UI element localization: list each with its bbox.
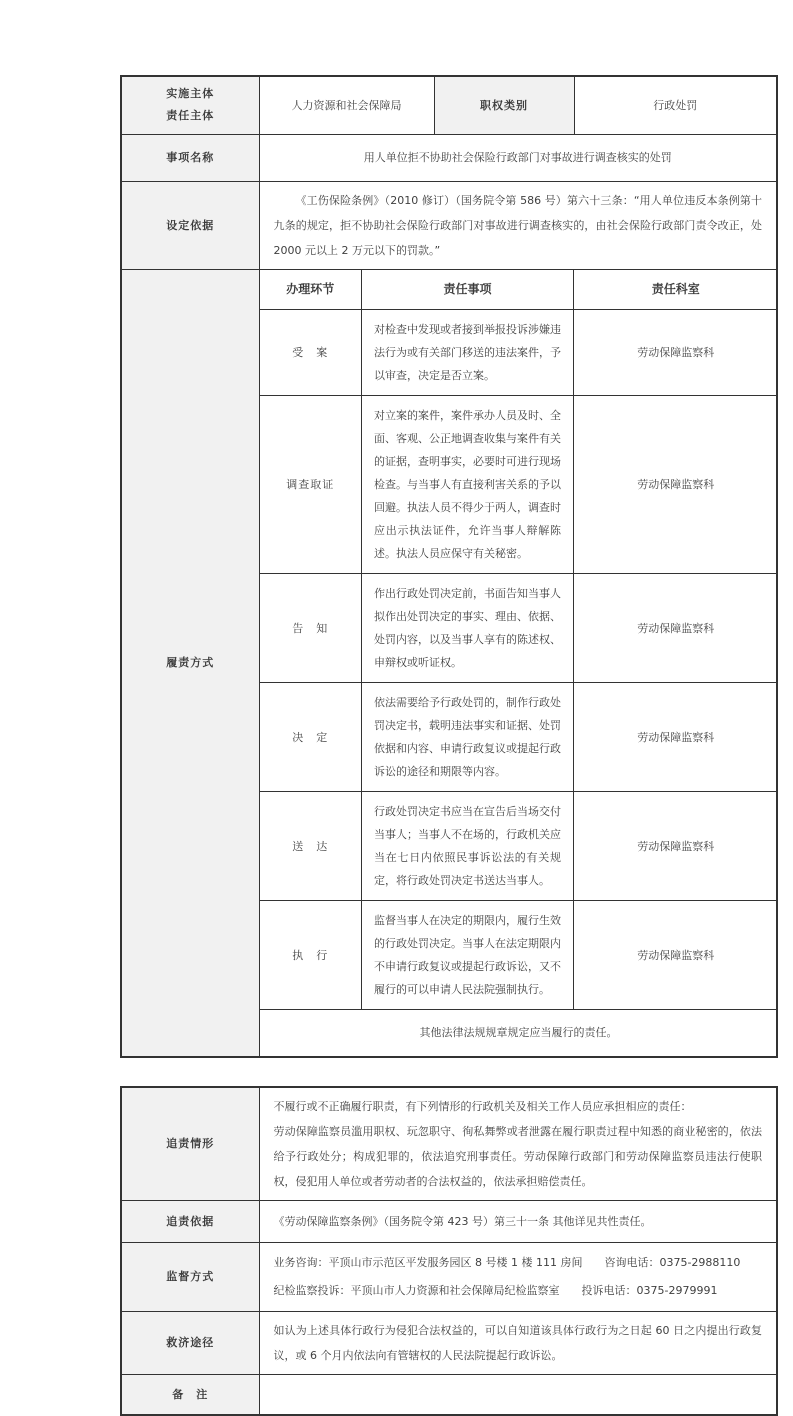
duty-process-table: 办理环节 责任事项 责任科室 受 案 对检查中发现或者接到举报投诉涉嫌违法行为或… (260, 270, 778, 1056)
duty-footer-cell: 其他法律法规规章规定应当履行的责任。 (260, 1010, 778, 1056)
process-dept-cell: 劳动保障监察科 (574, 901, 778, 1010)
accountability-line1: 不履行或不正确履行职责，有下列情形的行政机关及相关工作人员应承担相应的责任： (274, 1094, 763, 1119)
accountability-basis-row: 追责依据 《劳动保障监察条例》（国务院令第 423 号）第三十一条 其他详见共性… (121, 1200, 777, 1242)
process-step-cell: 送 达 (260, 792, 362, 901)
responsibility-table: 实施主体 责任主体 人力资源和社会保障局 职权类别 行政处罚 事项名称 用人单位… (120, 75, 778, 1058)
subject-label-line2: 责任主体 (123, 105, 258, 127)
remark-value-cell (259, 1374, 777, 1415)
remedy-value-cell: 如认为上述具体行政行为侵犯合法权益的，可以自知道该具体行政行为之日起 60 日之… (259, 1311, 777, 1374)
subject-row: 实施主体 责任主体 人力资源和社会保障局 职权类别 行政处罚 (121, 76, 777, 134)
duty-label-cell: 履责方式 (121, 269, 259, 1057)
legal-basis-label-cell: 设定依据 (121, 181, 259, 269)
accountability-value-cell: 不履行或不正确履行职责，有下列情形的行政机关及相关工作人员应承担相应的责任： 劳… (259, 1087, 777, 1201)
accountability-line2: 劳动保障监察员滥用职权、玩忽职守、徇私舞弊或者泄露在履行职责过程中知悉的商业秘密… (274, 1119, 763, 1194)
duty-row-accept: 受 案 对检查中发现或者接到举报投诉涉嫌违法行为或有关部门移送的违法案件，予以审… (260, 310, 778, 396)
process-duty-cell: 对检查中发现或者接到举报投诉涉嫌违法行为或有关部门移送的违法案件，予以审查，决定… (362, 310, 574, 396)
column-header-dept: 责任科室 (574, 270, 778, 310)
remedy-row: 救济途径 如认为上述具体行政行为侵犯合法权益的，可以自知道该具体行政行为之日起 … (121, 1311, 777, 1374)
legal-basis-value-cell: 《工伤保险条例》（2010 修订）（国务院令第 586 号）第六十三条：“用人单… (259, 181, 777, 269)
column-header-duty: 责任事项 (362, 270, 574, 310)
authority-type-value-cell: 行政处罚 (574, 76, 777, 134)
accountability-label-cell: 追责情形 (121, 1087, 259, 1201)
supervision-label-cell: 监督方式 (121, 1242, 259, 1311)
remark-label-cell: 备 注 (121, 1374, 259, 1415)
process-step-cell: 受 案 (260, 310, 362, 396)
duty-footer-row: 其他法律法规规章规定应当履行的责任。 (260, 1010, 778, 1056)
process-step-cell: 执 行 (260, 901, 362, 1010)
process-dept-cell: 劳动保障监察科 (574, 396, 778, 574)
duty-row-deliver: 送 达 行政处罚决定书应当在宣告后当场交付当事人；当事人不在场的，行政机关应当在… (260, 792, 778, 901)
remedy-label-cell: 救济途径 (121, 1311, 259, 1374)
process-duty-cell: 行政处罚决定书应当在宣告后当场交付当事人；当事人不在场的，行政机关应当在七日内依… (362, 792, 574, 901)
item-name-value-cell: 用人单位拒不协助社会保险行政部门对事故进行调查核实的处罚 (259, 134, 777, 181)
accountability-table: 追责情形 不履行或不正确履行职责，有下列情形的行政机关及相关工作人员应承担相应的… (120, 1086, 778, 1416)
process-duty-cell: 监督当事人在决定的期限内，履行生效的行政处罚决定。当事人在法定期限内不申请行政复… (362, 901, 574, 1010)
process-step-cell: 告 知 (260, 574, 362, 683)
item-name-label-cell: 事项名称 (121, 134, 259, 181)
duty-row-investigate: 调查取证 对立案的案件，案件承办人员及时、全面、客观、公正地调查收集与案件有关的… (260, 396, 778, 574)
legal-basis-row: 设定依据 《工伤保险条例》（2010 修订）（国务院令第 586 号）第六十三条… (121, 181, 777, 269)
duty-header-row: 办理环节 责任事项 责任科室 (260, 270, 778, 310)
process-duty-cell: 作出行政处罚决定前，书面告知当事人拟作出处罚决定的事实、理由、依据、处罚内容，以… (362, 574, 574, 683)
supervision-line1: 业务咨询：平顶山市示范区平发服务园区 8 号楼 1 楼 111 房间 咨询电话：… (274, 1249, 763, 1277)
accountability-basis-value-cell: 《劳动保障监察条例》（国务院令第 423 号）第三十一条 其他详见共性责任。 (259, 1200, 777, 1242)
process-duty-cell: 依法需要给予行政处罚的，制作行政处罚决定书，载明违法事实和证据、处罚依据和内容、… (362, 683, 574, 792)
subject-label-cell: 实施主体 责任主体 (121, 76, 259, 134)
process-duty-cell: 对立案的案件，案件承办人员及时、全面、客观、公正地调查收集与案件有关的证据，查明… (362, 396, 574, 574)
table-gap (120, 1058, 776, 1086)
accountability-basis-label-cell: 追责依据 (121, 1200, 259, 1242)
process-dept-cell: 劳动保障监察科 (574, 310, 778, 396)
authority-type-label-cell: 职权类别 (434, 76, 574, 134)
duty-row-execute: 执 行 监督当事人在决定的期限内，履行生效的行政处罚决定。当事人在法定期限内不申… (260, 901, 778, 1010)
subject-label-line1: 实施主体 (123, 83, 258, 105)
remark-row: 备 注 (121, 1374, 777, 1415)
subject-value-cell: 人力资源和社会保障局 (259, 76, 434, 134)
supervision-value-cell: 业务咨询：平顶山市示范区平发服务园区 8 号楼 1 楼 111 房间 咨询电话：… (259, 1242, 777, 1311)
accountability-row: 追责情形 不履行或不正确履行职责，有下列情形的行政机关及相关工作人员应承担相应的… (121, 1087, 777, 1201)
duty-row-decide: 决 定 依法需要给予行政处罚的，制作行政处罚决定书，载明违法事实和证据、处罚依据… (260, 683, 778, 792)
duty-section-row: 履责方式 办理环节 责任事项 责任科室 受 案 对检查中发现或者接到举报投诉涉嫌… (121, 269, 777, 1057)
process-dept-cell: 劳动保障监察科 (574, 792, 778, 901)
column-header-step: 办理环节 (260, 270, 362, 310)
duty-row-notify: 告 知 作出行政处罚决定前，书面告知当事人拟作出处罚决定的事实、理由、依据、处罚… (260, 574, 778, 683)
supervision-row: 监督方式 业务咨询：平顶山市示范区平发服务园区 8 号楼 1 楼 111 房间 … (121, 1242, 777, 1311)
process-dept-cell: 劳动保障监察科 (574, 574, 778, 683)
process-dept-cell: 劳动保障监察科 (574, 683, 778, 792)
supervision-line2: 纪检监察投诉：平顶山市人力资源和社会保障局纪检监察室 投诉电话：0375-297… (274, 1277, 763, 1305)
process-step-cell: 调查取证 (260, 396, 362, 574)
process-step-cell: 决 定 (260, 683, 362, 792)
document-page: 实施主体 责任主体 人力资源和社会保障局 职权类别 行政处罚 事项名称 用人单位… (0, 0, 793, 1389)
duty-nested-cell: 办理环节 责任事项 责任科室 受 案 对检查中发现或者接到举报投诉涉嫌违法行为或… (259, 269, 777, 1057)
item-name-row: 事项名称 用人单位拒不协助社会保险行政部门对事故进行调查核实的处罚 (121, 134, 777, 181)
